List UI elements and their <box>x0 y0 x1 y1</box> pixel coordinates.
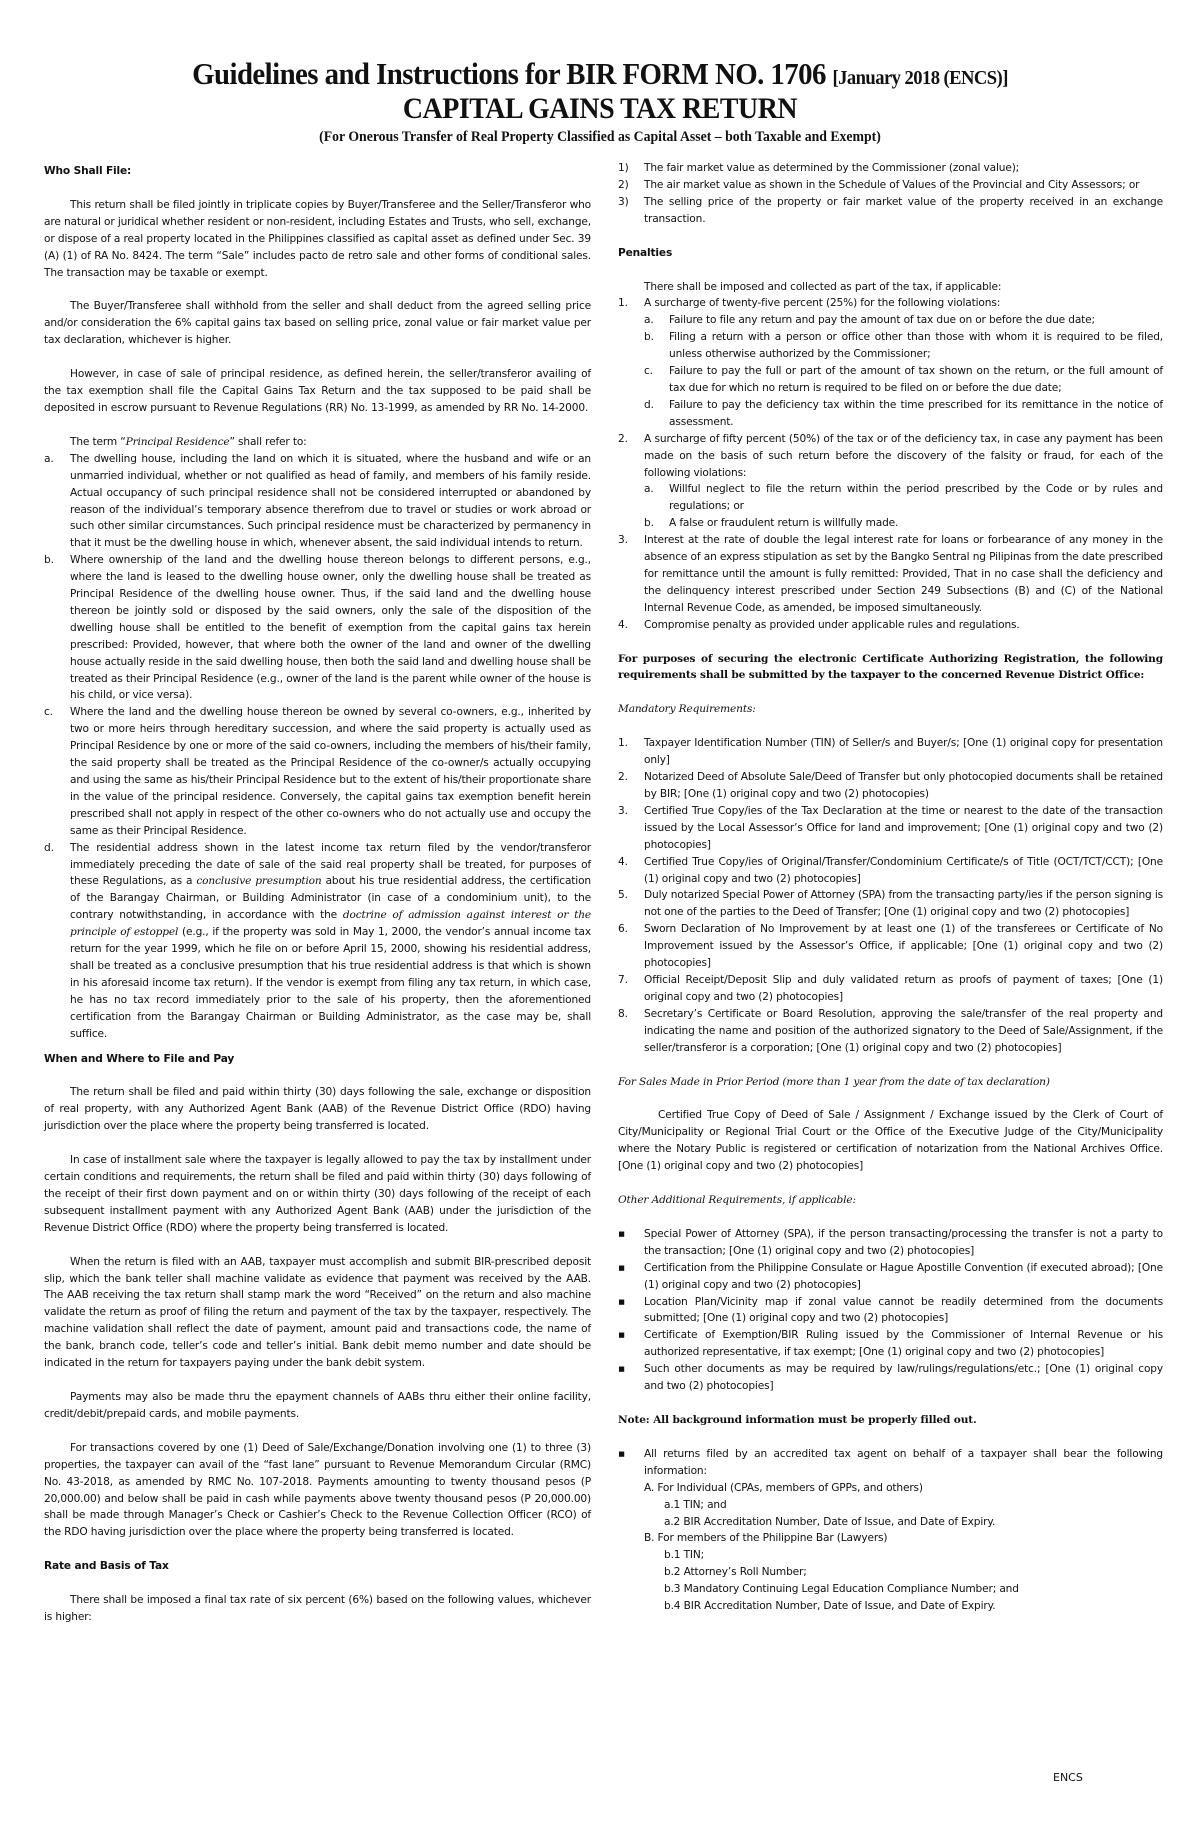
list-item: 1)The fair market value as determined by… <box>618 160 1163 177</box>
section-heading-who-shall-file: Who Shall File: <box>44 163 591 180</box>
list-text: Official Receipt/Deposit Slip and duly v… <box>644 974 1163 1003</box>
list-label: c. <box>44 704 68 721</box>
paragraph: Payments may also be made thru the epaym… <box>44 1389 591 1423</box>
left-column: Who Shall File: This return shall be fil… <box>44 163 591 1626</box>
list-label: 2. <box>618 769 642 786</box>
list-item: 1.Taxpayer Identification Number (TIN) o… <box>618 735 1163 769</box>
bullet-icon: ▪ <box>618 1446 642 1463</box>
paragraph: This return shall be filed jointly in tr… <box>44 197 591 282</box>
list-text: Willful neglect to file the return withi… <box>669 483 1163 512</box>
title-main: Guidelines and Instructions for BIR FORM… <box>192 56 826 91</box>
list-text: Notarized Deed of Absolute Sale/Deed of … <box>644 771 1163 800</box>
agent-group-b: B. For members of the Philippine Bar (La… <box>644 1530 1163 1547</box>
list-text: Compromise penalty as provided under app… <box>644 619 1020 631</box>
sub-list-item: b.Filing a return with a person or offic… <box>618 329 1163 363</box>
list-text: Location Plan/Vicinity map if zonal valu… <box>644 1296 1163 1325</box>
paragraph: Certified True Copy of Deed of Sale / As… <box>618 1107 1163 1175</box>
section-heading-penalties: Penalties <box>618 245 1163 262</box>
list-text: Where ownership of the land and the dwel… <box>70 554 591 701</box>
agent-item: a.1 TIN; and <box>664 1497 1163 1514</box>
bullet-icon: ▪ <box>618 1260 642 1277</box>
list-label: 8. <box>618 1006 642 1023</box>
list-text: The fair market value as determined by t… <box>644 162 1019 174</box>
bullet-icon: ▪ <box>618 1361 642 1378</box>
sub-list-item: d.Failure to pay the deficiency tax with… <box>618 397 1163 431</box>
list-text: Sworn Declaration of No Improvement by a… <box>644 923 1163 969</box>
list-item: 8.Secretary’s Certificate or Board Resol… <box>618 1006 1163 1057</box>
agent-item: b.3 Mandatory Continuing Legal Education… <box>664 1581 1163 1598</box>
list-item: 3.Interest at the rate of double the leg… <box>618 532 1163 617</box>
note-text: Note: All background information must be… <box>618 1412 1163 1429</box>
section-heading-rate-basis: Rate and Basis of Tax <box>44 1558 591 1575</box>
list-label: 1. <box>618 735 642 752</box>
list-item: 2.A surcharge of fifty percent (50%) of … <box>618 431 1163 482</box>
list-text: Certification from the Philippine Consul… <box>644 1262 1163 1291</box>
list-label: 2) <box>618 177 642 194</box>
list-text: Failure to pay the deficiency tax within… <box>669 399 1163 428</box>
list-text: A false or fraudulent return is willfull… <box>669 517 898 529</box>
list-item: 1.A surcharge of twenty-five percent (25… <box>618 295 1163 312</box>
list-label: 2. <box>618 431 642 448</box>
term-intro-text: ” shall refer to: <box>229 436 306 448</box>
list-label: 3. <box>618 532 642 549</box>
list-text: Taxpayer Identification Number (TIN) of … <box>644 737 1163 766</box>
list-text: Interest at the rate of double the legal… <box>644 534 1163 614</box>
list-label: 1) <box>618 160 642 177</box>
bullet-item: ▪All returns filed by an accredited tax … <box>618 1446 1163 1480</box>
title-version: [January 2018 (ENCS)] <box>833 67 1008 89</box>
list-item: d.The residential address shown in the l… <box>44 840 591 1043</box>
agent-item: a.2 BIR Accreditation Number, Date of Is… <box>664 1514 1163 1531</box>
list-text: Certificate of Exemption/BIR Ruling issu… <box>644 1329 1163 1358</box>
list-item: c.Where the land and the dwelling house … <box>44 704 591 839</box>
agent-item: b.2 Attorney’s Roll Number; <box>664 1564 1163 1581</box>
list-item: a.The dwelling house, including the land… <box>44 451 591 552</box>
list-item: 4.Certified True Copy/ies of Original/Tr… <box>618 854 1163 888</box>
list-text: Such other documents as may be required … <box>644 1363 1163 1392</box>
list-item: 5.Duly notarized Special Power of Attorn… <box>618 887 1163 921</box>
list-text: The dwelling house, including the land o… <box>70 453 591 550</box>
bullet-icon: ▪ <box>618 1327 642 1344</box>
list-text: Certified True Copy/ies of the Tax Decla… <box>644 805 1163 851</box>
list-label: 1. <box>618 295 642 312</box>
paragraph: The return shall be filed and paid withi… <box>44 1084 591 1135</box>
sub-list-item: c.Failure to pay the full or part of the… <box>618 363 1163 397</box>
other-requirements-heading: Other Additional Requirements, if applic… <box>618 1192 1163 1209</box>
list-label: d. <box>644 397 668 414</box>
bullet-icon: ▪ <box>618 1294 642 1311</box>
bullet-item: ▪Certification from the Philippine Consu… <box>618 1260 1163 1294</box>
principal-residence-intro: The term “Principal Residence” shall ref… <box>44 434 591 451</box>
list-text: (e.g., if the property was sold in May 1… <box>70 926 591 1039</box>
list-text: Duly notarized Special Power of Attorney… <box>644 889 1163 918</box>
list-label: b. <box>644 329 668 346</box>
list-text: Filing a return with a person or office … <box>669 331 1163 360</box>
paragraph: In case of installment sale where the ta… <box>44 1152 591 1237</box>
right-column: 1)The fair market value as determined by… <box>618 160 1163 1615</box>
list-text: Failure to file any return and pay the a… <box>669 314 1095 326</box>
bullet-item: ▪Special Power of Attorney (SPA), if the… <box>618 1226 1163 1260</box>
list-text: A surcharge of fifty percent (50%) of th… <box>644 433 1163 479</box>
list-text: Certified True Copy/ies of Original/Tran… <box>644 856 1163 885</box>
paragraph: However, in case of sale of principal re… <box>44 366 591 417</box>
paragraph: For transactions covered by one (1) Deed… <box>44 1440 591 1541</box>
list-item: 6.Sworn Declaration of No Improvement by… <box>618 921 1163 972</box>
bullet-item: ▪Such other documents as may be required… <box>618 1361 1163 1395</box>
list-item: 7.Official Receipt/Deposit Slip and duly… <box>618 972 1163 1006</box>
form-title: CAPITAL GAINS TAX RETURN <box>42 92 1158 126</box>
list-label: a. <box>644 312 668 329</box>
paragraph: When the return is filed with an AAB, ta… <box>44 1254 591 1372</box>
ecar-intro: For purposes of securing the electronic … <box>618 651 1163 685</box>
list-label: 4. <box>618 617 642 634</box>
list-item: 2)The air market value as shown in the S… <box>618 177 1163 194</box>
agent-group-a: A. For Individual (CPAs, members of GPPs… <box>644 1480 1163 1497</box>
agent-item: b.4 BIR Accreditation Number, Date of Is… <box>664 1598 1163 1615</box>
footer-code: ENCS <box>1053 1771 1083 1784</box>
bullet-item: ▪Certificate of Exemption/BIR Ruling iss… <box>618 1327 1163 1361</box>
list-label: a. <box>44 451 68 468</box>
paragraph: The Buyer/Transferee shall withhold from… <box>44 298 591 349</box>
list-text: Secretary’s Certificate or Board Resolut… <box>644 1008 1163 1054</box>
list-item: b.Where ownership of the land and the dw… <box>44 552 591 704</box>
list-item: 4.Compromise penalty as provided under a… <box>618 617 1163 634</box>
list-text: A surcharge of twenty-five percent (25%)… <box>644 297 1000 309</box>
paragraph: There shall be imposed a final tax rate … <box>44 1592 591 1626</box>
list-text: The air market value as shown in the Sch… <box>644 179 1139 191</box>
list-text: Failure to pay the full or part of the a… <box>669 365 1163 394</box>
document-title: Guidelines and Instructions for BIR FORM… <box>42 56 1158 96</box>
term-italic: Principal Residence <box>126 436 230 448</box>
list-label: 6. <box>618 921 642 938</box>
list-label: 3) <box>618 194 642 211</box>
sub-list-item: b.A false or fraudulent return is willfu… <box>618 515 1163 532</box>
list-text: The selling price of the property or fai… <box>644 196 1163 225</box>
list-label: d. <box>44 840 68 857</box>
list-italic-text: conclusive presumption <box>196 875 321 887</box>
list-item: 3.Certified True Copy/ies of the Tax Dec… <box>618 803 1163 854</box>
list-item: 3)The selling price of the property or f… <box>618 194 1163 228</box>
list-label: b. <box>644 515 668 532</box>
sub-list-item: a.Failure to file any return and pay the… <box>618 312 1163 329</box>
sub-list-item: a.Willful neglect to file the return wit… <box>618 481 1163 515</box>
list-label: 5. <box>618 887 642 904</box>
list-label: 4. <box>618 854 642 871</box>
term-intro-text: The term “ <box>70 436 126 448</box>
list-text: Where the land and the dwelling house th… <box>70 706 591 836</box>
list-label: 3. <box>618 803 642 820</box>
agent-item: b.1 TIN; <box>664 1547 1163 1564</box>
mandatory-requirements-heading: Mandatory Requirements: <box>618 701 1163 718</box>
list-label: 7. <box>618 972 642 989</box>
paragraph: There shall be imposed and collected as … <box>644 279 1163 296</box>
list-item: 2.Notarized Deed of Absolute Sale/Deed o… <box>618 769 1163 803</box>
list-label: a. <box>644 481 668 498</box>
list-label: b. <box>44 552 68 569</box>
list-text: All returns filed by an accredited tax a… <box>644 1448 1163 1477</box>
document-page: Guidelines and Instructions for BIR FORM… <box>0 0 1200 1835</box>
section-heading-when-where: When and Where to File and Pay <box>44 1051 591 1068</box>
bullet-item: ▪Location Plan/Vicinity map if zonal val… <box>618 1294 1163 1328</box>
document-subtitle: (For Onerous Transfer of Real Property C… <box>30 128 1170 146</box>
list-label: c. <box>644 363 668 380</box>
bullet-icon: ▪ <box>618 1226 642 1243</box>
list-text: Special Power of Attorney (SPA), if the … <box>644 1228 1163 1257</box>
prior-period-heading: For Sales Made in Prior Period (more tha… <box>618 1074 1163 1091</box>
